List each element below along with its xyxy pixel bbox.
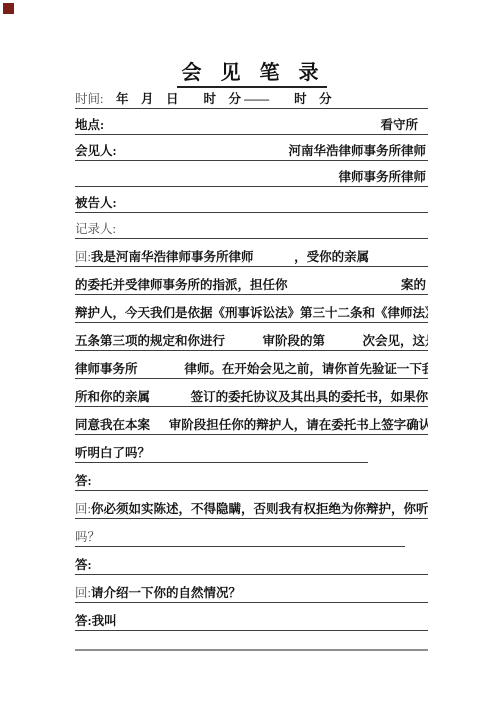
dialog-q3-line: 回:请介绍一下你的自然情况？ — [75, 575, 428, 603]
corner-mark — [3, 3, 14, 14]
dialog-q1-line-7: 同意我在本案 审阶段担任你的辩护人，请在委托书上签字确认， — [75, 407, 428, 435]
location-field-row: 地点: 看守所 — [75, 109, 428, 135]
answer-row-2: 答: — [75, 547, 428, 575]
document-page: 会 见 笔 录 时间: 年 月 日 时 分 —— 时 分 地点: 看守所 会见人… — [0, 0, 500, 708]
answer-row-3: 答:我叫 — [75, 603, 428, 631]
dialog-prefix: 回: — [75, 501, 91, 518]
dialog-text: 辩护人，今天我们是依据《刑事诉讼法》第三十二条和《律师法》第二十 — [75, 305, 428, 322]
dialog-text: 所和你的亲属 签订的委托协议及其出具的委托书，如果你 — [75, 389, 428, 406]
dialog-q1-line-8: 听明白了吗？ — [75, 435, 368, 463]
defendant-field-row: 被告人: — [75, 187, 428, 213]
dialog-q2-line-1: 回:你必须如实陈述，不得隐瞒，否则我有权拒绝为你辩护，你听清了 — [75, 491, 428, 519]
dialog-prefix: 回: — [75, 585, 91, 602]
page-title: 会 见 笔 录 — [177, 56, 327, 88]
dialog-q1-line-1: 回:我是河南华浩律师事务所律师 ，受你的亲属 — [75, 239, 428, 267]
recorder-field-row: 记录人: — [75, 213, 428, 239]
dialog-q1-line-4: 五条第三项的规定和你进行 审阶段的第 次会见，这是 — [75, 323, 428, 351]
defendant-label: 被告人: — [75, 195, 117, 212]
bottom-rule — [75, 649, 428, 651]
interviewer-value-2: 律师事务所律师 — [338, 169, 428, 186]
time-label: 时间: — [75, 91, 103, 108]
location-value: 看守所 — [380, 117, 428, 134]
dialog-text: 同意我在本案 审阶段担任你的辩护人，请在委托书上签字确认， — [75, 417, 428, 434]
dialog-text-right: 案的 — [401, 277, 428, 294]
dialog-q1-line-3: 辩护人，今天我们是依据《刑事诉讼法》第三十二条和《律师法》第二十 — [75, 295, 428, 323]
interviewer-field-row-2: 律师事务所律师 — [75, 161, 428, 187]
dialog-text: 五条第三项的规定和你进行 审阶段的第 次会见，这是 — [75, 333, 428, 350]
interviewer-field-row: 会见人: 河南华浩律师事务所律师 — [75, 135, 428, 161]
interviewer-value: 河南华浩律师事务所律师 — [288, 143, 428, 160]
title-row: 会 见 笔 录 — [75, 56, 428, 81]
dialog-text: 听明白了吗？ — [75, 445, 150, 462]
answer-text: 我叫 — [92, 613, 117, 630]
time-value: 年 月 日 时 分 —— 时 分 — [103, 91, 331, 108]
dialog-q2-line-2: 吗？ — [75, 519, 405, 547]
dialog-text: 请介绍一下你的自然情况？ — [91, 585, 241, 602]
recorder-label: 记录人: — [75, 221, 116, 238]
dialog-q1-line-2: 的委托并受律师事务所的指派，担任你 案的 — [75, 267, 428, 295]
dialog-q1-line-5: 律师事务所 律师。在开始会见之前，请你首先验证一下我 — [75, 351, 428, 379]
answer-label: 答: — [75, 557, 92, 574]
answer-label: 答: — [75, 473, 92, 490]
document-content: 会 见 笔 录 时间: 年 月 日 时 分 —— 时 分 地点: 看守所 会见人… — [75, 56, 428, 651]
dialog-text: 吗？ — [75, 529, 100, 546]
dialog-prefix: 回: — [75, 249, 91, 266]
dialog-q1-line-6: 所和你的亲属 签订的委托协议及其出具的委托书，如果你 — [75, 379, 428, 407]
dialog-text: 的委托并受律师事务所的指派，担任你 — [75, 277, 288, 294]
location-label: 地点: — [75, 117, 104, 134]
interviewer-label: 会见人: — [75, 143, 117, 160]
answer-row-1: 答: — [75, 463, 428, 491]
dialog-text: 律师事务所 律师。在开始会见之前，请你首先验证一下我 — [75, 361, 428, 378]
dialog-text: 我是河南华浩律师事务所律师 ，受你的亲属 — [91, 249, 369, 266]
answer-label: 答: — [75, 613, 92, 630]
dialog-text: 你必须如实陈述，不得隐瞒，否则我有权拒绝为你辩护，你听清了 — [91, 501, 428, 518]
